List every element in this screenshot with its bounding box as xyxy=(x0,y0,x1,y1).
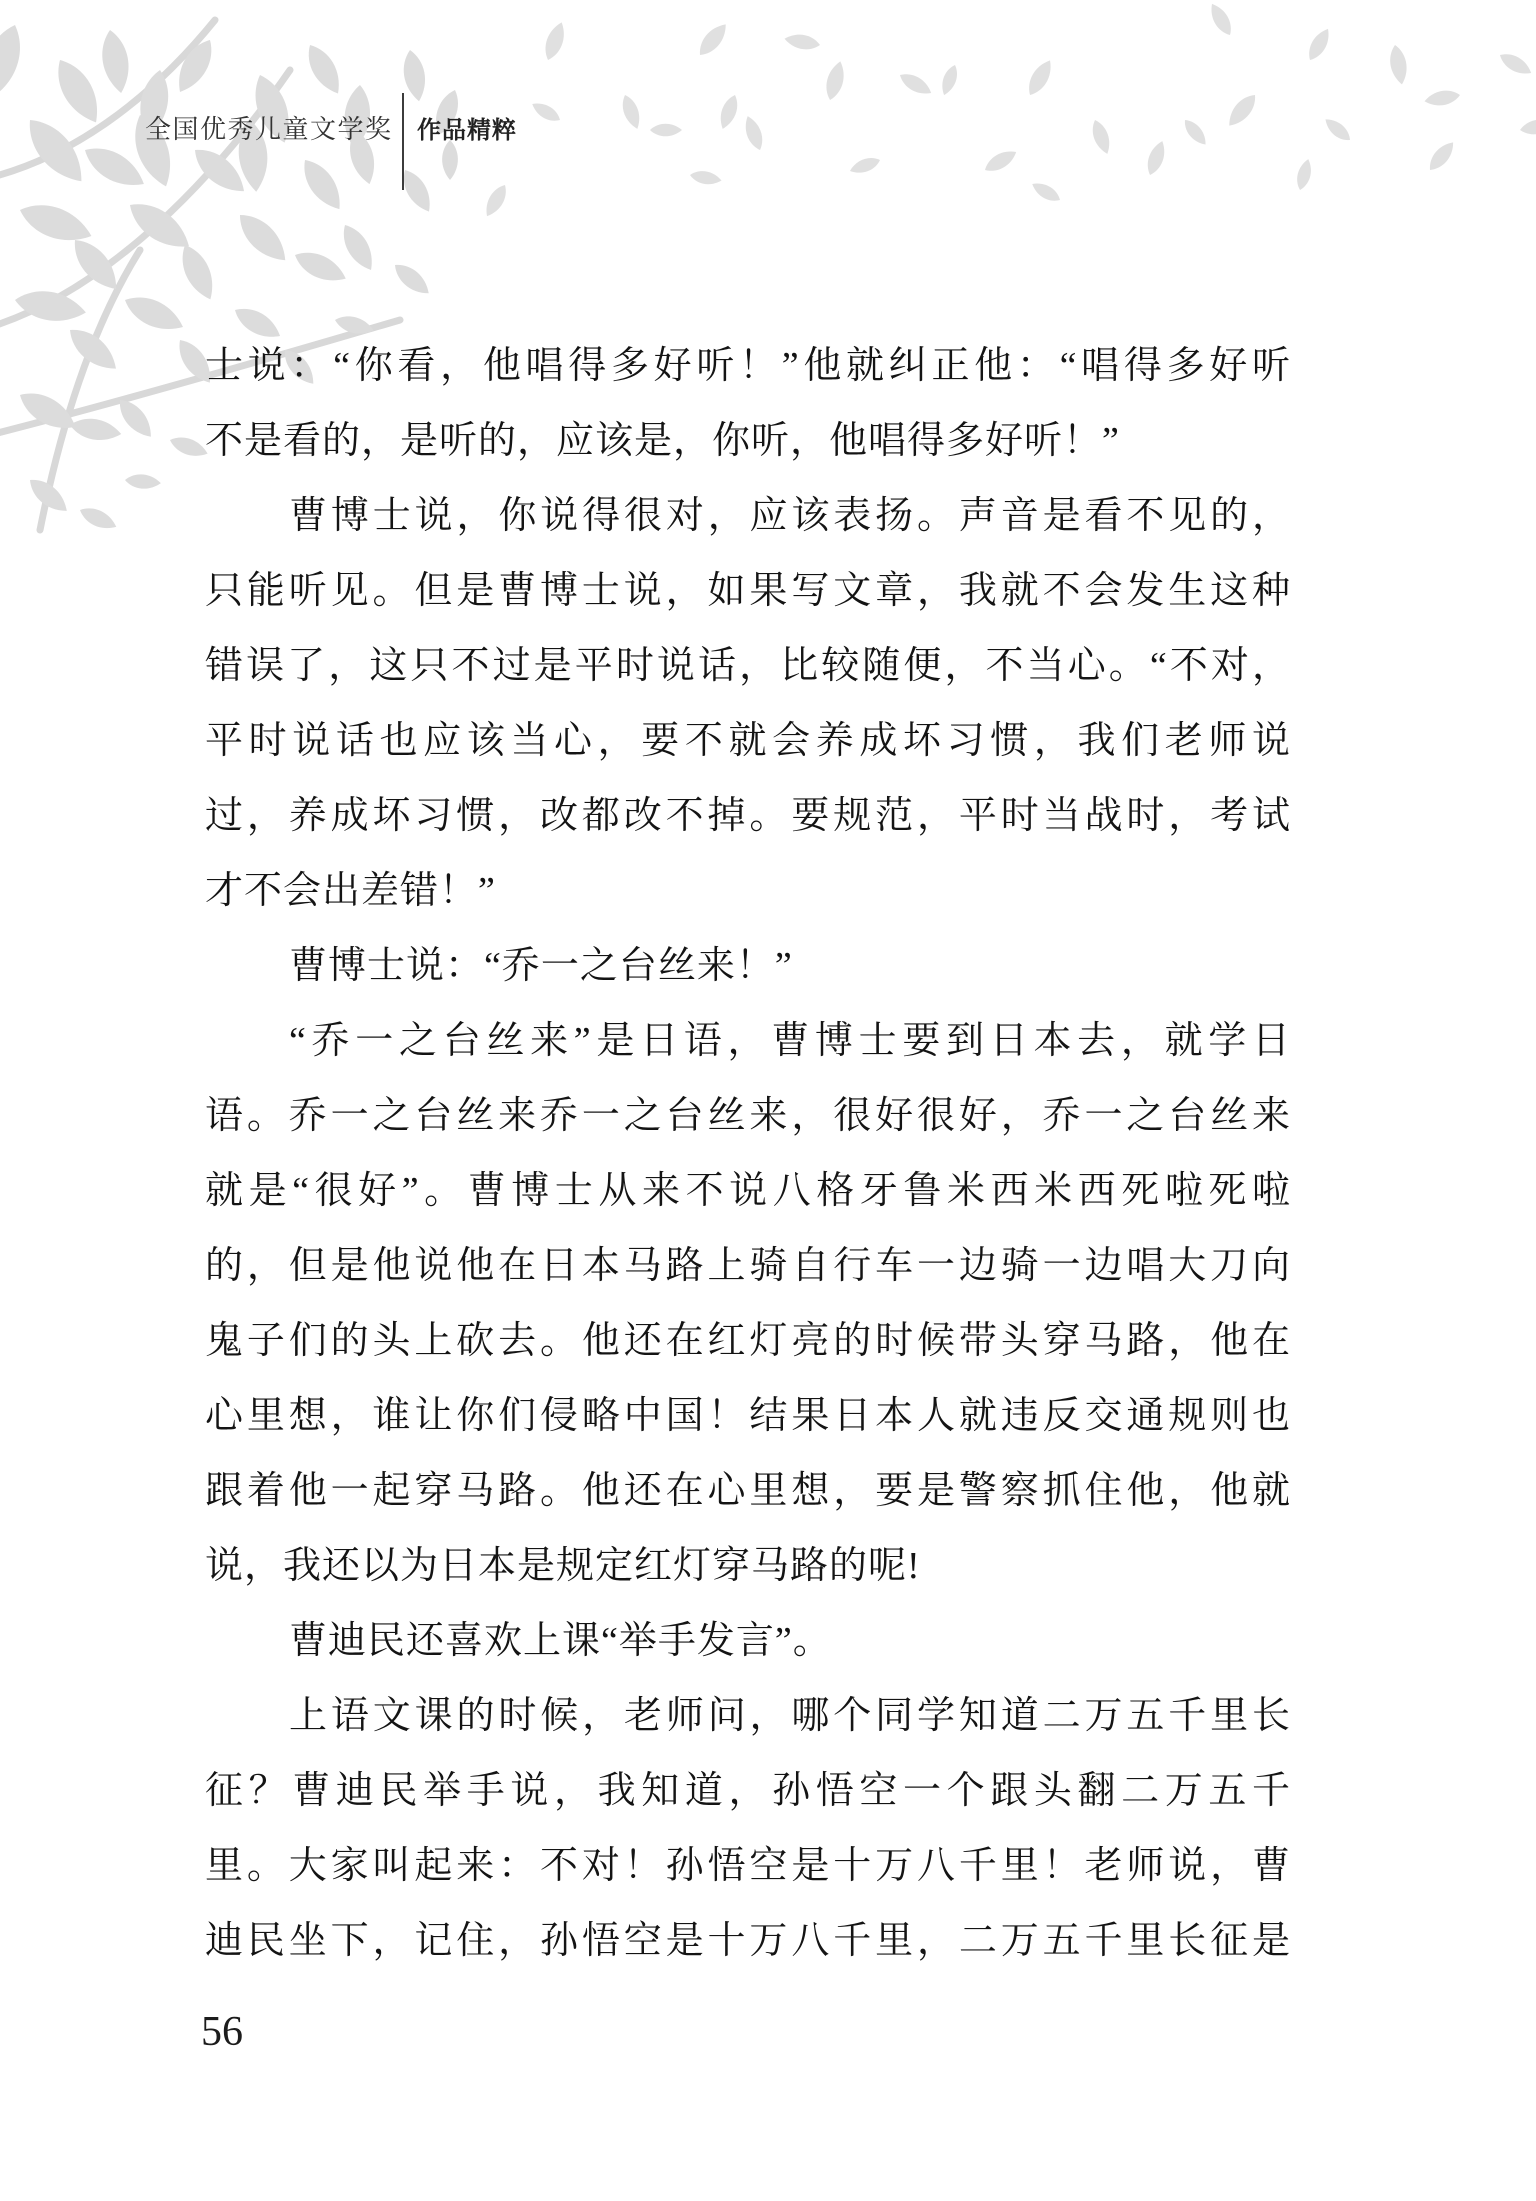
text-line-2: 不是看的，是听的，应该是，你听，他唱得多好听！” xyxy=(205,404,1291,479)
text-line-7: 过，养成坏习惯，改都改不掉。要规范，平时当战时，考试 xyxy=(205,779,1291,854)
text-line-14: 鬼子们的头上砍去。他还在红灯亮的时候带头穿马路，他在 xyxy=(205,1304,1291,1379)
text-line-8: 才不会出差错！” xyxy=(205,854,1291,929)
text-line-5: 错误了，这只不过是平时说话，比较随便，不当心。“不对， xyxy=(205,629,1291,704)
text-line-10: “乔一之台丝来”是日语，曹博士要到日本去，就学日 xyxy=(205,1004,1291,1079)
text-line-17: 说，我还以为日本是规定红灯穿马路的呢! xyxy=(205,1529,1291,1604)
text-line-9: 曹博士说：“乔一之台丝来！” xyxy=(205,929,1291,1004)
text-line-20: 征？曹迪民举手说，我知道，孙悟空一个跟头翻二万五千 xyxy=(205,1754,1291,1829)
text-line-19: 上语文课的时候，老师问，哪个同学知道二万五千里长 xyxy=(205,1679,1291,1754)
text-line-11: 语。乔一之台丝来乔一之台丝来，很好很好，乔一之台丝来 xyxy=(205,1079,1291,1154)
text-line-21: 里。大家叫起来：不对！孙悟空是十万八千里！老师说，曹 xyxy=(205,1829,1291,1904)
text-line-4: 只能听见。但是曹博士说，如果写文章，我就不会发生这种 xyxy=(205,554,1291,629)
body-text: 士说：“你看，他唱得多好听！”他就纠正他：“唱得多好听不是看的，是听的，应该是，… xyxy=(205,329,1291,1979)
page-number: 56 xyxy=(201,2008,243,2056)
text-line-16: 跟着他一起穿马路。他还在心里想，要是警察抓住他，他就 xyxy=(205,1454,1291,1529)
text-line-12: 就是“很好”。曹博士从来不说八格牙鲁米西米西死啦死啦 xyxy=(205,1154,1291,1229)
text-line-6: 平时说话也应该当心，要不就会养成坏习惯，我们老师说 xyxy=(205,704,1291,779)
book-page: 全国优秀儿童文学奖 作品精粹 士说：“你看，他唱得多好听！”他就纠正他：“唱得多… xyxy=(0,0,1536,2201)
text-line-13: 的，但是他说他在日本马路上骑自行车一边骑一边唱大刀向 xyxy=(205,1229,1291,1304)
header-divider xyxy=(402,93,404,190)
text-line-3: 曹博士说，你说得很对，应该表扬。声音是看不见的， xyxy=(205,479,1291,554)
series-title: 全国优秀儿童文学奖 xyxy=(145,109,393,146)
text-line-1: 士说：“你看，他唱得多好听！”他就纠正他：“唱得多好听 xyxy=(205,329,1291,404)
text-line-18: 曹迪民还喜欢上课“举手发言”。 xyxy=(205,1604,1291,1679)
text-line-22: 迪民坐下，记住，孙悟空是十万八千里，二万五千里长征是 xyxy=(205,1904,1291,1979)
text-line-15: 心里想，谁让你们侵略中国！结果日本人就违反交通规则也 xyxy=(205,1379,1291,1454)
volume-title: 作品精粹 xyxy=(417,110,517,145)
